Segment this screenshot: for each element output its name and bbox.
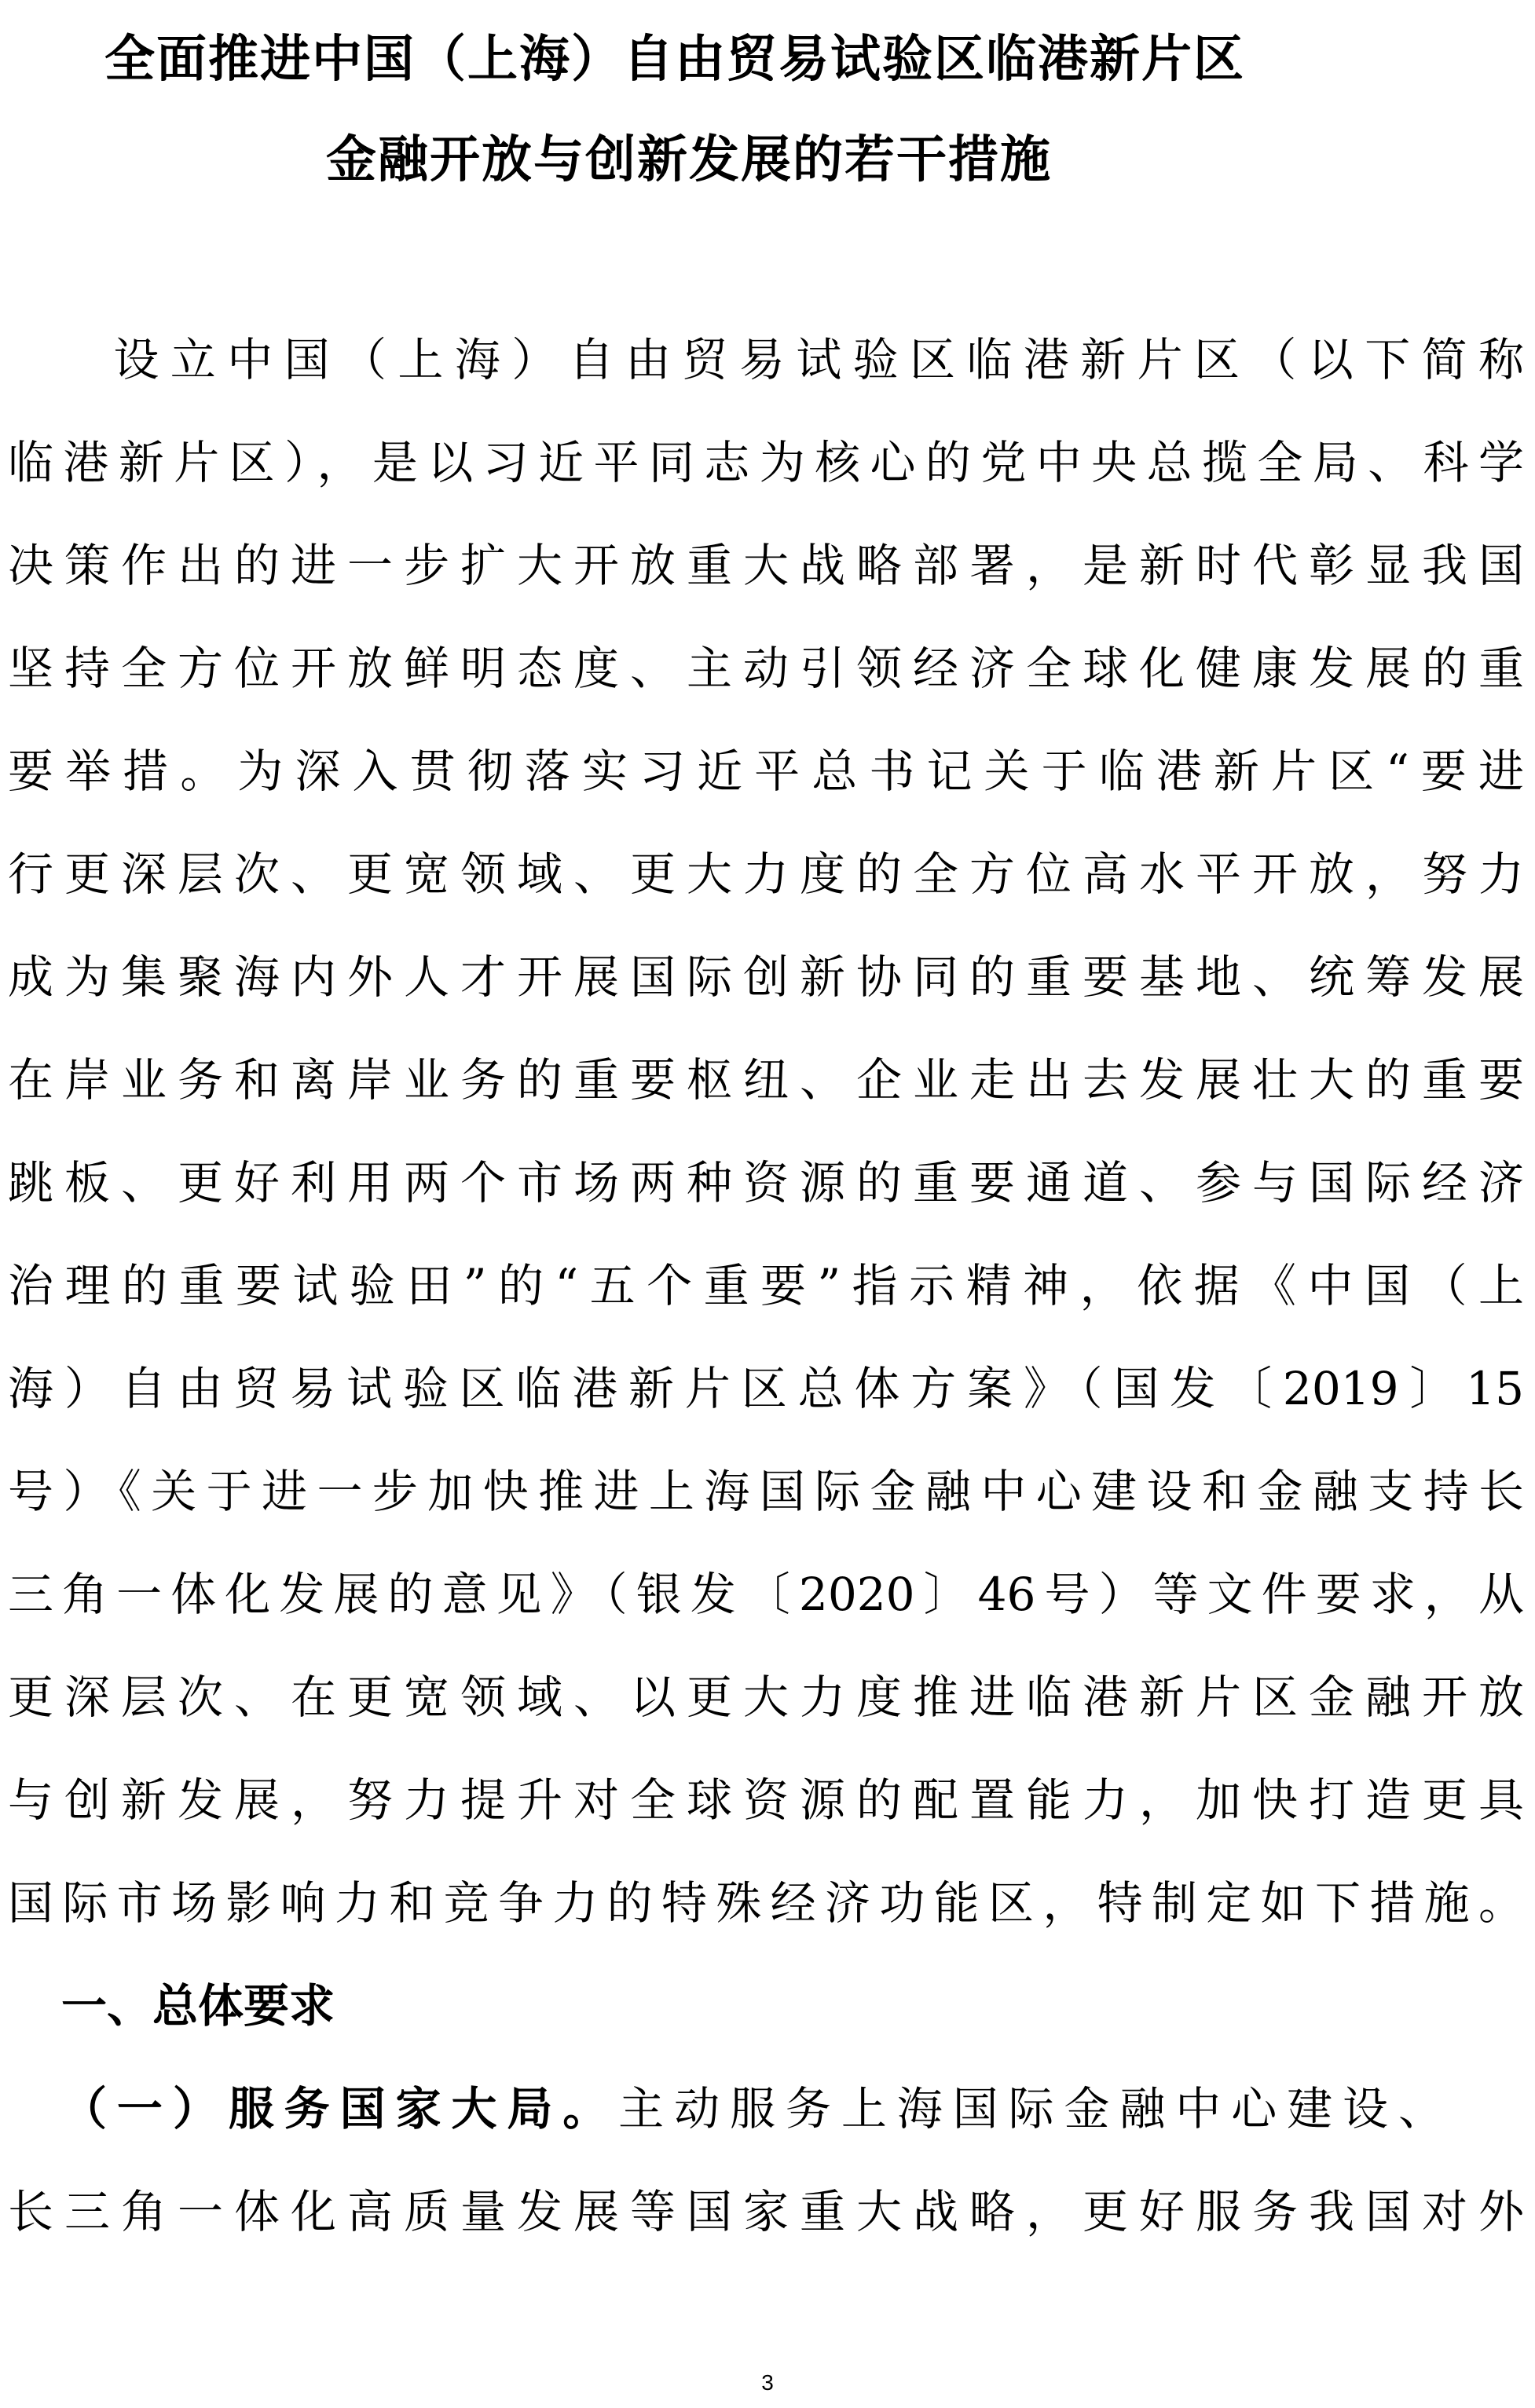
document-title-line-1: 全面推进中国（上海）自由贸易试验区临港新片区 xyxy=(0,28,1442,91)
paragraph-line: 国际市场影响力和竞争力的特殊经济功能区，特制定如下措施。 xyxy=(8,1872,1524,1934)
paragraph-line: 坚持全方位开放鲜明态度、主动引领经济全球化健康发展的重 xyxy=(8,637,1524,700)
paragraph-line: 成为集聚海内外人才开展国际创新协同的重要基地、统筹发展 xyxy=(8,946,1524,1008)
page-number: 3 xyxy=(0,2369,1535,2397)
paragraph-line: 号）《关于进一步加快推进上海国际金融中心建设和金融支持长 xyxy=(8,1460,1524,1523)
paragraph-line: 长三角一体化高质量发展等国家重大战略，更好服务我国对外 xyxy=(8,2180,1524,2243)
paragraph-line: 海）自由贸易试验区临港新片区总体方案》（国发〔2019〕15 xyxy=(8,1357,1524,1420)
item-label: （一）服务国家大局。 xyxy=(61,2082,618,2135)
paragraph-line: 要举措。为深入贯彻落实习近平总书记关于临港新片区“要进 xyxy=(8,740,1524,803)
paragraph-line: 设立中国（上海）自由贸易试验区临港新片区（以下简称 xyxy=(57,328,1524,391)
paragraph-line: 三角一体化发展的意见》（银发〔2020〕46号）等文件要求，从 xyxy=(8,1563,1524,1626)
paragraph-line: 决策作出的进一步扩大开放重大战略部署，是新时代彰显我国 xyxy=(8,534,1524,597)
paragraph-line: 临港新片区），是以习近平同志为核心的党中央总揽全局、科学 xyxy=(8,431,1524,494)
paragraph-line: 行更深层次、更宽领域、更大力度的全方位高水平开放，努力 xyxy=(8,843,1524,906)
paragraph-line: 更深层次、在更宽领域、以更大力度推进临港新片区金融开放 xyxy=(8,1666,1524,1729)
paragraph-line: 跳板、更好利用两个市场两种资源的重要通道、参与国际经济 xyxy=(8,1151,1524,1214)
document-title-line-2: 金融开放与创新发展的若干措施 xyxy=(0,129,1456,192)
item-text: 主动服务上海国际金融中心建设、 xyxy=(618,2082,1444,2135)
paragraph-line: 治理的重要试验田”的“五个重要”指示精神，依据《中国（上 xyxy=(8,1254,1524,1317)
paragraph-line: 在岸业务和离岸业务的重要枢纽、企业走出去发展壮大的重要 xyxy=(8,1048,1524,1111)
section-heading: 一、总体要求 xyxy=(61,1974,335,2037)
paragraph-line: （一）服务国家大局。主动服务上海国际金融中心建设、 xyxy=(61,2077,1444,2140)
paragraph-line: 与创新发展，努力提升对全球资源的配置能力，加快打造更具 xyxy=(8,1769,1524,1832)
